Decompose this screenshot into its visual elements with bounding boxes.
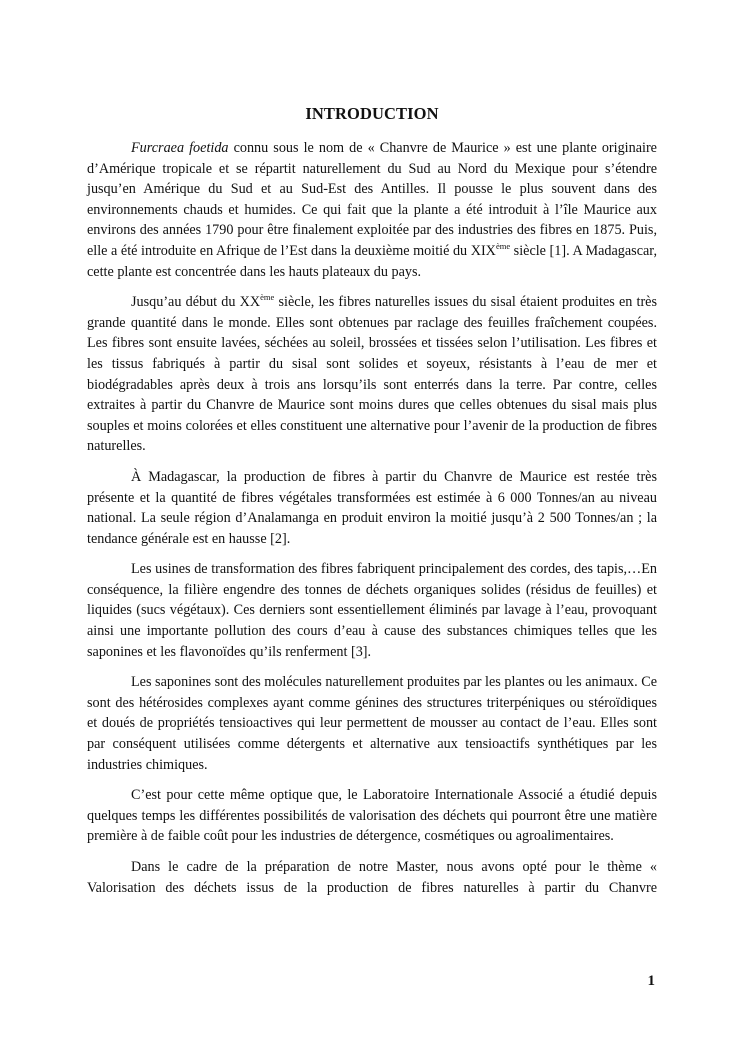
paragraph-7: Dans le cadre de la préparation de notre…	[87, 857, 657, 898]
paragraph-3: À Madagascar, la production de fibres à …	[87, 467, 657, 549]
document-page: INTRODUCTION Furcraea foetida connu sous…	[87, 104, 657, 908]
page-title: INTRODUCTION	[87, 104, 657, 124]
paragraph-2-text-b: siècle, les fibres naturelles issues du …	[87, 294, 657, 454]
paragraph-6: C’est pour cette même optique que, le La…	[87, 785, 657, 847]
paragraph-1: Furcraea foetida connu sous le nom de « …	[87, 138, 657, 282]
superscript-eme: ème	[496, 241, 510, 251]
page-number: 1	[648, 973, 656, 990]
paragraph-5: Les saponines sont des molécules naturel…	[87, 672, 657, 775]
paragraph-1-text-a: connu sous le nom de « Chanvre de Mauric…	[87, 140, 657, 259]
paragraph-2-text-a: Jusqu’au début du XX	[131, 294, 260, 310]
superscript-eme: ème	[260, 292, 274, 302]
paragraph-4: Les usines de transformation des fibres …	[87, 559, 657, 662]
species-name: Furcraea foetida	[131, 140, 229, 156]
paragraph-2: Jusqu’au début du XXème siècle, les fibr…	[87, 292, 657, 457]
